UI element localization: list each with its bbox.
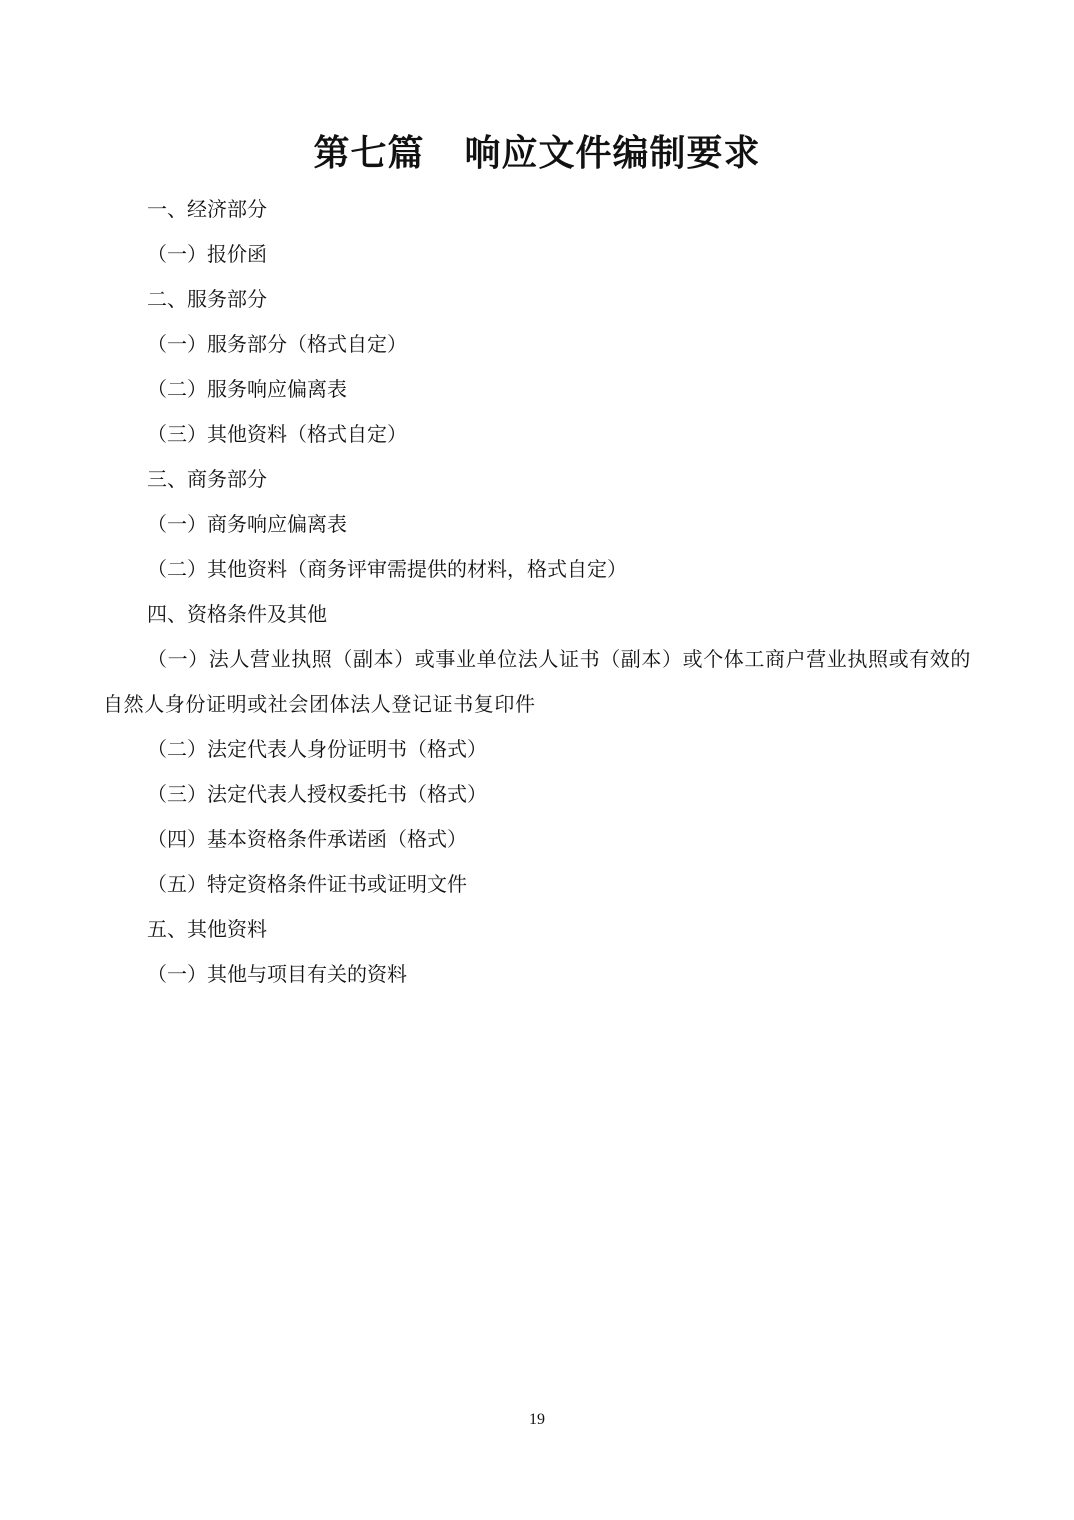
list-item: （一）报价函 [103, 232, 973, 277]
section-heading-business: 三、商务部分 [103, 457, 973, 502]
list-item: （一）法人营业执照（副本）或事业单位法人证书（副本）或个体工商户营业执照或有效的… [103, 637, 973, 727]
section-heading-qualification: 四、资格条件及其他 [103, 592, 973, 637]
section-heading-service: 二、服务部分 [103, 277, 973, 322]
list-item: （一）服务部分（格式自定） [103, 322, 973, 367]
list-item: （一）商务响应偏离表 [103, 502, 973, 547]
list-item: （二）其他资料（商务评审需提供的材料，格式自定） [103, 547, 973, 592]
list-item: （四）基本资格条件承诺函（格式） [103, 817, 973, 862]
section-heading-other: 五、其他资料 [103, 907, 973, 952]
list-item: （五）特定资格条件证书或证明文件 [103, 862, 973, 907]
chapter-name: 响应文件编制要求 [465, 133, 761, 174]
outline-list: 一、经济部分 （一）报价函 二、服务部分 （一）服务部分（格式自定） （二）服务… [103, 187, 973, 997]
list-item: （三）法定代表人授权委托书（格式） [103, 772, 973, 817]
list-item: （三）其他资料（格式自定） [103, 412, 973, 457]
chapter-number: 第七篇 [313, 133, 424, 174]
chapter-title: 第七篇响应文件编制要求 [0, 130, 1074, 178]
list-item: （二）服务响应偏离表 [103, 367, 973, 412]
section-heading-economic: 一、经济部分 [103, 187, 973, 232]
list-item: （一）其他与项目有关的资料 [103, 952, 973, 997]
list-item: （二）法定代表人身份证明书（格式） [103, 727, 973, 772]
page-number: 19 [0, 1411, 1074, 1429]
